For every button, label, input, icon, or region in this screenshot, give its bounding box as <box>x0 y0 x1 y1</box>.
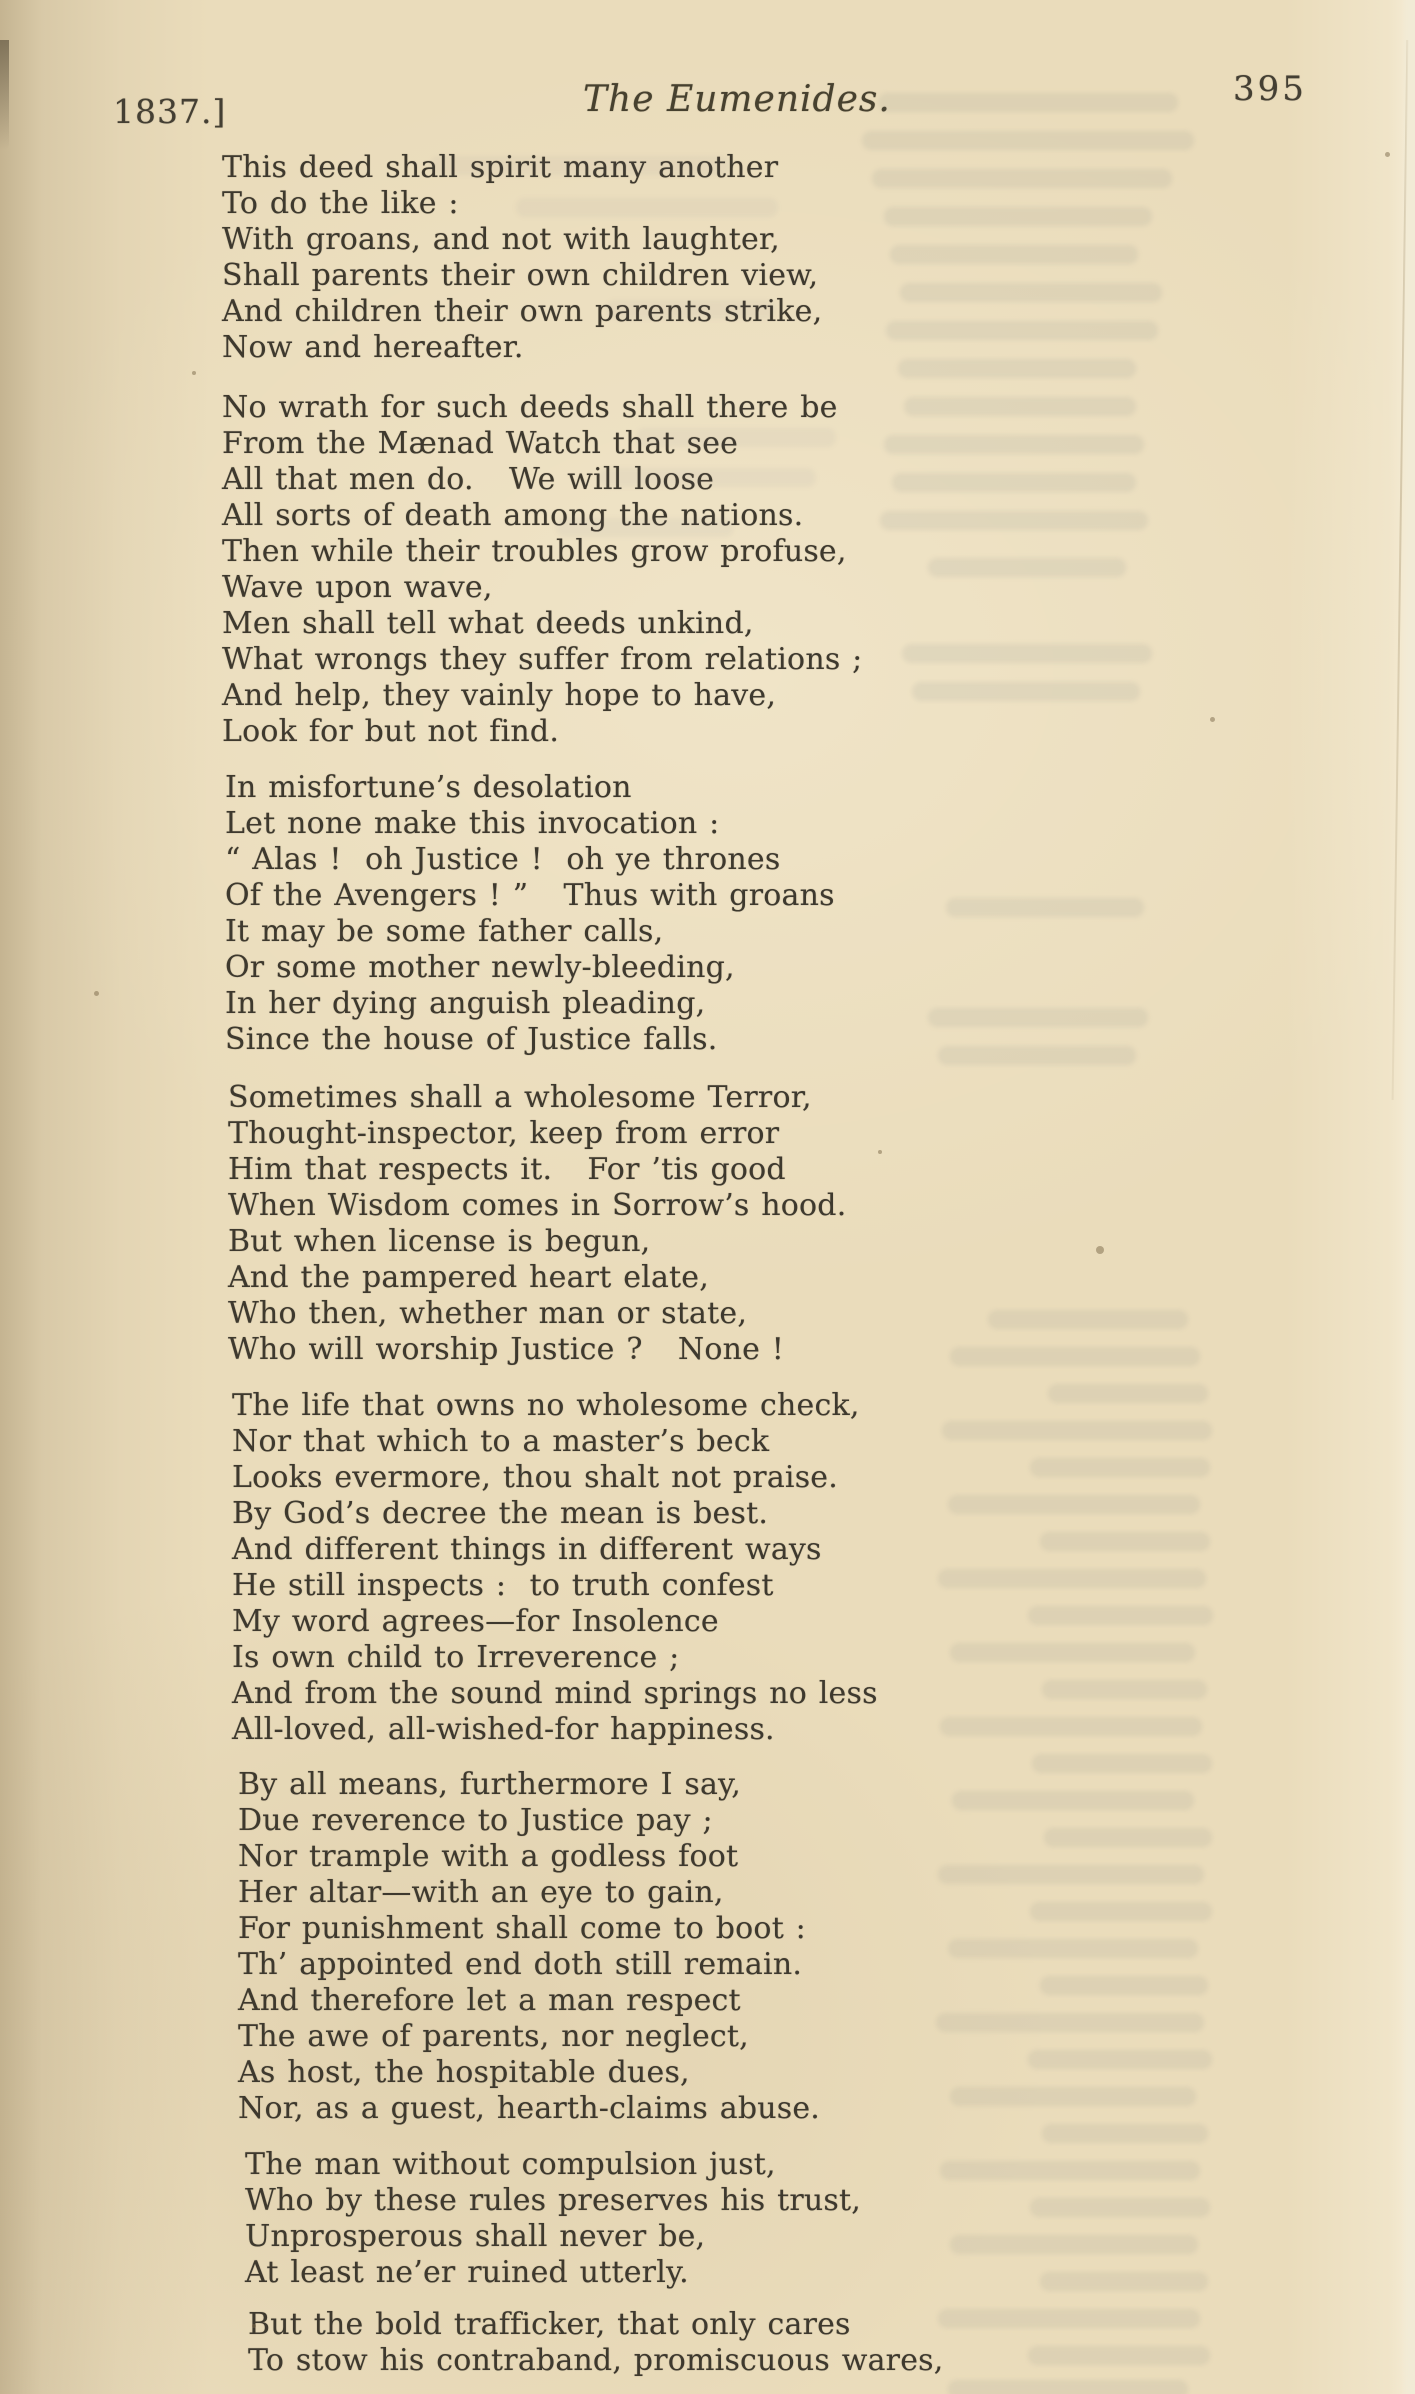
ghost-line <box>1042 1680 1207 1699</box>
poem-line: Of the Avengers ! ” Thus with groans <box>225 878 835 914</box>
ghost-line <box>948 2380 1188 2394</box>
ghost-line <box>928 1008 1148 1027</box>
poem-line: Her altar—with an eye to gain, <box>238 1875 820 1911</box>
poem-line: Nor, as a guest, hearth-claims abuse. <box>238 2091 820 2127</box>
ghost-line <box>938 2309 1200 2328</box>
poem-stanza: The man without compulsion just,Who by t… <box>245 2147 861 2291</box>
poem-line: Looks evermore, thou shalt not praise. <box>232 1460 878 1496</box>
ghost-line <box>598 468 816 487</box>
book-page-scan: 1837.] The Eumenides. 395 This deed shal… <box>0 0 1415 2394</box>
ghost-line <box>900 283 1162 302</box>
poem-line: Then while their troubles grow profuse, <box>222 534 862 570</box>
poem-line: Nor that which to a master’s beck <box>232 1424 878 1460</box>
paper-speck <box>660 1542 664 1546</box>
poem-line: But the bold trafficker, that only cares <box>248 2307 943 2343</box>
poem-line: Now and hereafter. <box>222 330 822 366</box>
ghost-line <box>636 428 836 447</box>
poem-line: It may be some father calls, <box>225 914 835 950</box>
poem-line: Or some mother newly-bleeding, <box>225 950 835 986</box>
poem-line: My word agrees—for Insolence <box>232 1604 878 1640</box>
poem-line: When Wisdom comes in Sorrow’s hood. <box>228 1188 846 1224</box>
running-title: The Eumenides. <box>583 79 891 120</box>
paper-speck <box>94 991 99 996</box>
ghost-line <box>1030 1458 1210 1477</box>
poem-line: And therefore let a man respect <box>238 1983 820 2019</box>
poem-line: And the pampered heart elate, <box>228 1260 846 1296</box>
poem-line: In misfortune’s desolation <box>225 770 835 806</box>
poem-line: Nor trample with a godless foot <box>238 1839 820 1875</box>
poem-line: Sometimes shall a wholesome Terror, <box>228 1080 846 1116</box>
poem-line: Wave upon wave, <box>222 570 862 606</box>
paper-speck <box>878 1150 882 1154</box>
poem-line: Who then, whether man or state, <box>228 1296 846 1332</box>
poem-line: No wrath for such deeds shall there be <box>222 390 862 426</box>
ghost-line <box>872 169 1172 188</box>
ghost-line <box>556 518 734 537</box>
poem-stanza: The life that owns no wholesome check,No… <box>232 1388 878 1748</box>
poem-line: All sorts of death among the nations. <box>222 498 862 534</box>
ghost-line <box>950 1347 1200 1366</box>
ghost-line <box>878 93 1178 112</box>
poem-line: And from the sound mind springs no less <box>232 1676 878 1712</box>
poem-line: But when license is begun, <box>228 1224 846 1260</box>
ghost-line <box>938 1569 1206 1588</box>
ghost-line <box>884 207 1152 226</box>
poem-line: By all means, furthermore I say, <box>238 1767 820 1803</box>
ghost-line <box>940 2161 1200 2180</box>
ghost-line <box>606 300 776 319</box>
poem-line: “ Alas ! oh Justice ! oh ye thrones <box>225 842 835 878</box>
ghost-line <box>1030 2198 1210 2217</box>
ghost-line <box>1040 2272 1208 2291</box>
ghost-line <box>952 1791 1194 1810</box>
poem-line: Who will worship Justice ? None ! <box>228 1332 846 1368</box>
ghost-line <box>950 1643 1195 1662</box>
ghost-line <box>950 2087 1196 2106</box>
page-edge-highlight <box>1401 0 1415 2394</box>
poem-line: With groans, and not with laughter, <box>222 222 822 258</box>
poem-line: At least ne’er ruined utterly. <box>245 2255 861 2291</box>
poem-line: To stow his contraband, promiscuous ware… <box>248 2343 943 2379</box>
poem-line: By God’s decree the mean is best. <box>232 1496 878 1532</box>
paper-speck <box>1210 717 1215 722</box>
ghost-line <box>880 511 1148 530</box>
poem-line: He still inspects : to truth confest <box>232 1568 878 1604</box>
ghost-line <box>1042 2124 1208 2143</box>
ghost-line <box>940 1717 1202 1736</box>
ghost-line <box>1030 1902 1212 1921</box>
poem-line: The man without compulsion just, <box>245 2147 861 2183</box>
ghost-line <box>890 245 1138 264</box>
ghost-line <box>942 1421 1212 1440</box>
ghost-line <box>946 898 1144 917</box>
paper-speck <box>1096 1246 1104 1254</box>
poem-stanza: This deed shall spirit many anotherTo do… <box>222 150 822 366</box>
ghost-line <box>1044 1828 1212 1847</box>
ghost-line <box>1032 1754 1212 1773</box>
poem-line: Thought-inspector, keep from error <box>228 1116 846 1152</box>
ghost-line <box>936 2013 1204 2032</box>
poem-stanza: But the bold trafficker, that only cares… <box>248 2307 943 2379</box>
ghost-line <box>1040 1976 1208 1995</box>
ghost-line <box>902 644 1152 663</box>
poem-line: Since the house of Justice falls. <box>225 1022 835 1058</box>
ghost-line <box>1028 2050 1212 2069</box>
ghost-line <box>950 2235 1198 2254</box>
poem-line: Who by these rules preserves his trust, <box>245 2183 861 2219</box>
ghost-line <box>516 198 778 217</box>
poem-line: Him that respects it. For ’tis good <box>228 1152 846 1188</box>
poem-line: For punishment shall come to boot : <box>238 1911 820 1947</box>
gutter-edge-shadow <box>0 40 9 150</box>
ghost-line <box>430 156 730 175</box>
poem-line: And different things in different ways <box>232 1532 878 1568</box>
poem-line: Look for but not find. <box>222 714 862 750</box>
poem-line: Men shall tell what deeds unkind, <box>222 606 862 642</box>
page-number: 395 <box>1233 69 1307 109</box>
ghost-line <box>988 1310 1188 1329</box>
poem-line: Shall parents their own children view, <box>222 258 822 294</box>
ghost-line <box>938 1865 1204 1884</box>
ghost-line <box>948 1939 1198 1958</box>
ghost-line <box>904 397 1136 416</box>
ghost-line <box>928 558 1126 577</box>
poem-line: Due reverence to Justice pay ; <box>238 1803 820 1839</box>
poem-line: In her dying anguish pleading, <box>225 986 835 1022</box>
ghost-line <box>1048 1384 1208 1403</box>
poem-line: Unprosperous shall never be, <box>245 2219 861 2255</box>
ghost-line <box>1028 2346 1210 2365</box>
ghost-line <box>862 131 1194 150</box>
poem-line: Let none make this invocation : <box>225 806 835 842</box>
poem-line: Is own child to Irreverence ; <box>232 1640 878 1676</box>
ghost-line <box>938 1046 1136 1065</box>
ghost-line <box>886 321 1158 340</box>
ghost-line <box>884 435 1144 454</box>
ghost-line <box>1040 1532 1210 1551</box>
ghost-line <box>898 359 1136 378</box>
ghost-line <box>1028 1606 1213 1625</box>
poem-line: Th’ appointed end doth still remain. <box>238 1947 820 1983</box>
poem-line: What wrongs they suffer from relations ; <box>222 642 862 678</box>
poem-line: As host, the hospitable dues, <box>238 2055 820 2091</box>
poem-line: The awe of parents, nor neglect, <box>238 2019 820 2055</box>
poem-stanza: By all means, furthermore I say,Due reve… <box>238 1767 820 2127</box>
poem-stanza: In misfortune’s desolationLet none make … <box>225 770 835 1058</box>
poem-line: The life that owns no wholesome check, <box>232 1388 878 1424</box>
poem-line: And help, they vainly hope to have, <box>222 678 862 714</box>
poem-line: All-loved, all-wished-for happiness. <box>232 1712 878 1748</box>
paper-speck <box>252 2324 256 2328</box>
header-year-marker: 1837.] <box>113 92 226 131</box>
paper-speck <box>192 371 196 375</box>
ghost-line <box>912 682 1140 701</box>
poem-stanza: Sometimes shall a wholesome Terror,Thoug… <box>228 1080 846 1368</box>
paper-speck <box>1385 152 1390 157</box>
ghost-line <box>948 1495 1200 1514</box>
ghost-line <box>892 473 1136 492</box>
